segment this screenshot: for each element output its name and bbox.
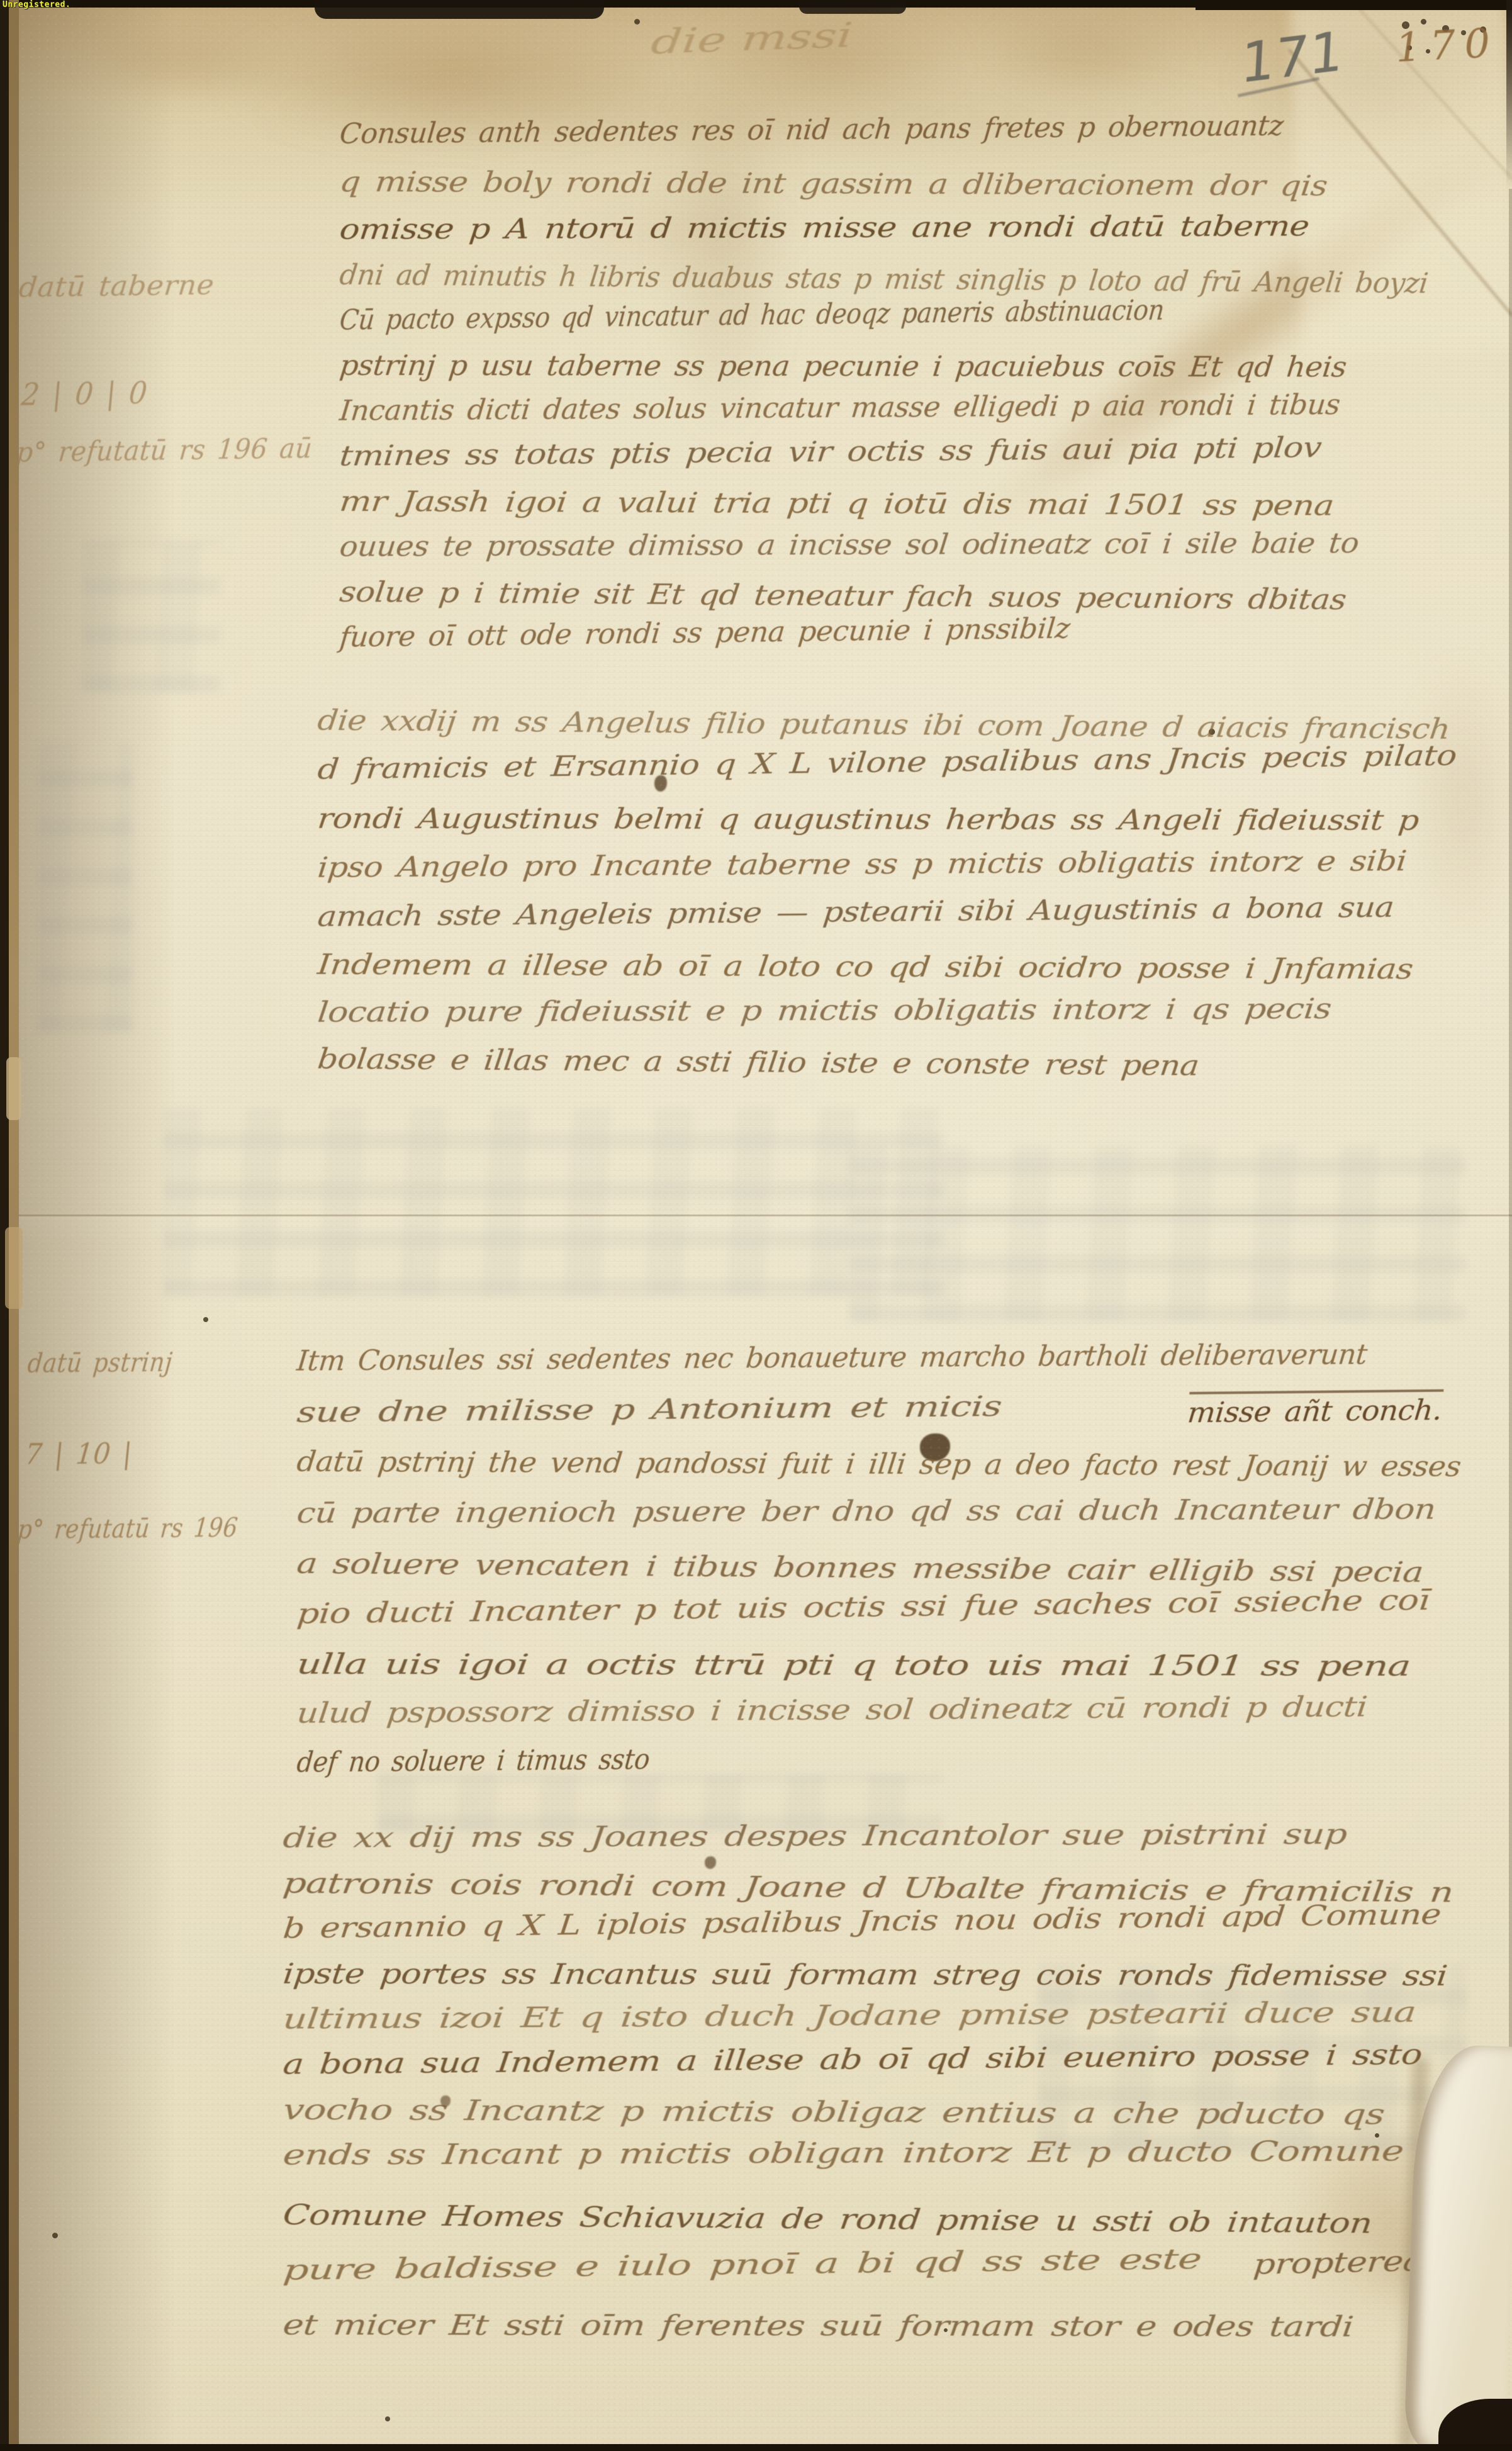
manuscript-line: ends ss Incant p mictis obligan intorz E… xyxy=(282,2137,1405,2169)
manuscript-line: def no soluere i timus ssto xyxy=(296,1745,651,1776)
underlying-page-notch xyxy=(5,1227,23,1309)
manuscript-line: locatio pure fideiussit e p mictis oblig… xyxy=(316,994,1333,1026)
manuscript-line: fuore oī ott ode rondi ss pena pecunie i… xyxy=(339,614,1072,651)
manuscript-line: pstrinj p usu taberne ss pena pecunie i … xyxy=(339,351,1348,381)
manuscript-line: dni ad minutis h libris duabus stas p mi… xyxy=(338,261,1429,298)
scan-edge-top-bump xyxy=(315,0,604,19)
manuscript-line: ouues te prossate dimisso a incisse sol … xyxy=(339,529,1360,561)
manuscript-line: Indemem a illese ab oī a loto co qd sibi… xyxy=(316,950,1414,984)
margin-note-line: p° refutatū rs 196 aū xyxy=(15,435,313,467)
manuscript-line: rondi Augustinus belmi q augustinus herb… xyxy=(316,804,1421,834)
manuscript-line: Comune Homes Schiavuzia de rond pmise u … xyxy=(281,2201,1374,2238)
manuscript-line: bolasse e illas mec a ssti filio iste e … xyxy=(316,1045,1200,1080)
manuscript-line: tmines ss totas ptis pecia vir octis ss … xyxy=(339,433,1323,470)
scan-seam-highlight xyxy=(0,1216,1512,1244)
underlying-page-notch xyxy=(6,1057,21,1120)
margin-note-line: p° refutatū rs 196 xyxy=(16,1515,239,1543)
manuscript-line: sue dne milisse p Antonium et micis xyxy=(296,1392,1003,1427)
scanner-watermark: Unregistered. xyxy=(3,0,70,9)
binding-gutter-strip xyxy=(0,0,9,2451)
manuscript-line: ipste portes ss Incantus suū formam stre… xyxy=(282,1960,1449,1990)
manuscript-line: amach sste Angeleis pmise — pstearii sib… xyxy=(316,893,1396,931)
margin-note-line: 7 | 10 | xyxy=(24,1439,134,1469)
manuscript-line: Incantis dicti dates solus vincatur mass… xyxy=(339,390,1341,425)
manuscript-line: ulla uis igoi a octis ttrū pti q toto ui… xyxy=(296,1650,1412,1680)
manuscript-page-scan: die mssi 171 170 Consules anth sedentes … xyxy=(0,0,1512,2451)
manuscript-line: et micer Et ssti oīm ferentes suū formam… xyxy=(282,2311,1355,2341)
manuscript-line: omisse p A ntorū d mictis misse ane rond… xyxy=(339,212,1311,244)
folio-number-ink: 170 xyxy=(1394,20,1500,71)
margin-note-line: datū pstrinj xyxy=(26,1349,174,1377)
entry-side-note: misse añt conch. xyxy=(1186,1389,1443,1427)
manuscript-line: ulud pspossorz dimisso i incisse sol odi… xyxy=(296,1693,1369,1727)
scan-edge-right-top xyxy=(1506,0,1512,189)
manuscript-line: a soluere vencaten i tibus bonnes messib… xyxy=(295,1549,1425,1586)
manuscript-line: ipso Angelo pro Incante taberne ss p mic… xyxy=(316,846,1408,882)
scan-edge-top-bump xyxy=(1196,0,1512,10)
manuscript-line: die xx dij ms ss Joanes despes Incantolo… xyxy=(282,1820,1348,1852)
manuscript-line: cū parte ingenioch psuere ber dno qd ss … xyxy=(296,1495,1437,1527)
manuscript-line: Itm Consules ssi sedentes nec bonaueture… xyxy=(296,1340,1369,1375)
margin-note-line: datū taberne xyxy=(18,272,215,302)
manuscript-line: mr Jassh igoi a valui tria pti q iotū di… xyxy=(339,487,1336,520)
manuscript-line: datū pstrinj the vend pandossi fuit i il… xyxy=(296,1447,1463,1481)
manuscript-line: solue p i timie sit Et qd teneatur fach … xyxy=(338,578,1347,614)
manuscript-line: q misse boly rondi dde int gassim a dlib… xyxy=(339,167,1329,200)
underlying-page-edge xyxy=(9,0,19,2451)
manuscript-line: ultimus izoi Et q isto duch Jodane pmise… xyxy=(282,1998,1418,2033)
manuscript-line: die xxdij m ss Angelus filio putanus ibi… xyxy=(316,706,1451,743)
scan-edge-top-bump xyxy=(799,0,906,14)
manuscript-line: Consules anth sedentes res oī nid ach pa… xyxy=(339,111,1285,148)
page-header-text: die mssi xyxy=(649,18,854,59)
margin-note-line: 2 | 0 | 0 xyxy=(20,378,148,410)
scan-edge-bottom xyxy=(0,2444,1512,2451)
manuscript-line: vocho ss Incantz p mictis obligaz entius… xyxy=(282,2095,1386,2129)
scan-edge-right-line xyxy=(1509,189,1512,2077)
